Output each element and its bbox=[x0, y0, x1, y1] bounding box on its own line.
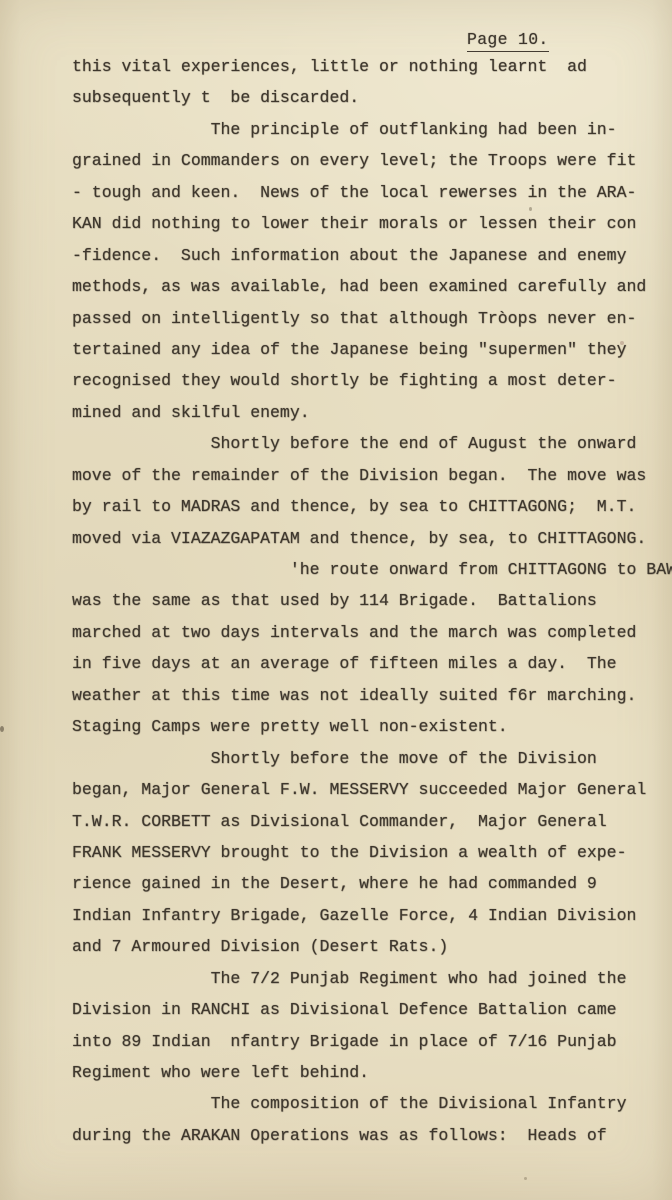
paper-speck bbox=[0, 726, 4, 732]
text-line: this vital experiences, little or nothin… bbox=[72, 51, 662, 82]
text-line: recognised they would shortly be fightin… bbox=[72, 365, 662, 396]
text-line: move of the remainder of the Division be… bbox=[72, 460, 662, 491]
text-line: in five days at an average of fifteen mi… bbox=[72, 648, 662, 679]
text-line: Indian Infantry Brigade, Gazelle Force, … bbox=[72, 900, 662, 931]
text-line: The principle of outflanking had been in… bbox=[72, 114, 662, 145]
text-line: mined and skilful enemy. bbox=[72, 397, 662, 428]
text-line: and 7 Armoured Division (Desert Rats.) bbox=[72, 931, 662, 962]
paper-speck bbox=[524, 1177, 527, 1180]
text-line: Division in RANCHI as Divisional Defence… bbox=[72, 994, 662, 1025]
text-line: methods, as was available, had been exam… bbox=[72, 271, 662, 302]
text-line: 'he route onward from CHITTAGONG to BAWL… bbox=[72, 554, 662, 585]
text-line: weather at this time was not ideally sui… bbox=[72, 680, 662, 711]
text-line: tertained any idea of the Japanese being… bbox=[72, 334, 662, 365]
text-line: Shortly before the move of the Division bbox=[72, 743, 662, 774]
text-line: KAN did nothing to lower their morals or… bbox=[72, 208, 662, 239]
text-line: into 89 Indian nfantry Brigade in place … bbox=[72, 1026, 662, 1057]
text-line: rience gained in the Desert, where he ha… bbox=[72, 868, 662, 899]
scanned-page: { "page": { "header": { "page_number": "… bbox=[0, 0, 672, 1200]
text-line: Shortly before the end of August the onw… bbox=[72, 428, 662, 459]
text-line: - tough and keen. News of the local rewe… bbox=[72, 177, 662, 208]
text-line: marched at two days intervals and the ma… bbox=[72, 617, 662, 648]
text-line: -fidence. Such information about the Jap… bbox=[72, 240, 662, 271]
text-line: grained in Commanders on every level; th… bbox=[72, 145, 662, 176]
text-line: The 7/2 Punjab Regiment who had joined t… bbox=[72, 963, 662, 994]
text-line: passed on intelligently so that although… bbox=[72, 303, 662, 334]
page-number: Page 10. bbox=[467, 30, 549, 52]
text-line: T.W.R. CORBETT as Divisional Commander, … bbox=[72, 806, 662, 837]
text-line: moved via VIAZAZGAPATAM and thence, by s… bbox=[72, 523, 662, 554]
text-line: FRANK MESSERVY brought to the Division a… bbox=[72, 837, 662, 868]
text-line: subsequently t be discarded. bbox=[72, 82, 662, 113]
text-line: Staging Camps were pretty well non-exist… bbox=[72, 711, 662, 742]
document-lines: this vital experiences, little or nothin… bbox=[72, 51, 662, 1151]
text-line: Regiment who were left behind. bbox=[72, 1057, 662, 1088]
text-line: by rail to MADRAS and thence, by sea to … bbox=[72, 491, 662, 522]
text-line: was the same as that used by 114 Brigade… bbox=[72, 585, 662, 616]
text-line: began, Major General F.W. MESSERVY succe… bbox=[72, 774, 662, 805]
text-line: during the ARAKAN Operations was as foll… bbox=[72, 1120, 662, 1151]
text-line: The composition of the Divisional Infant… bbox=[72, 1088, 662, 1119]
